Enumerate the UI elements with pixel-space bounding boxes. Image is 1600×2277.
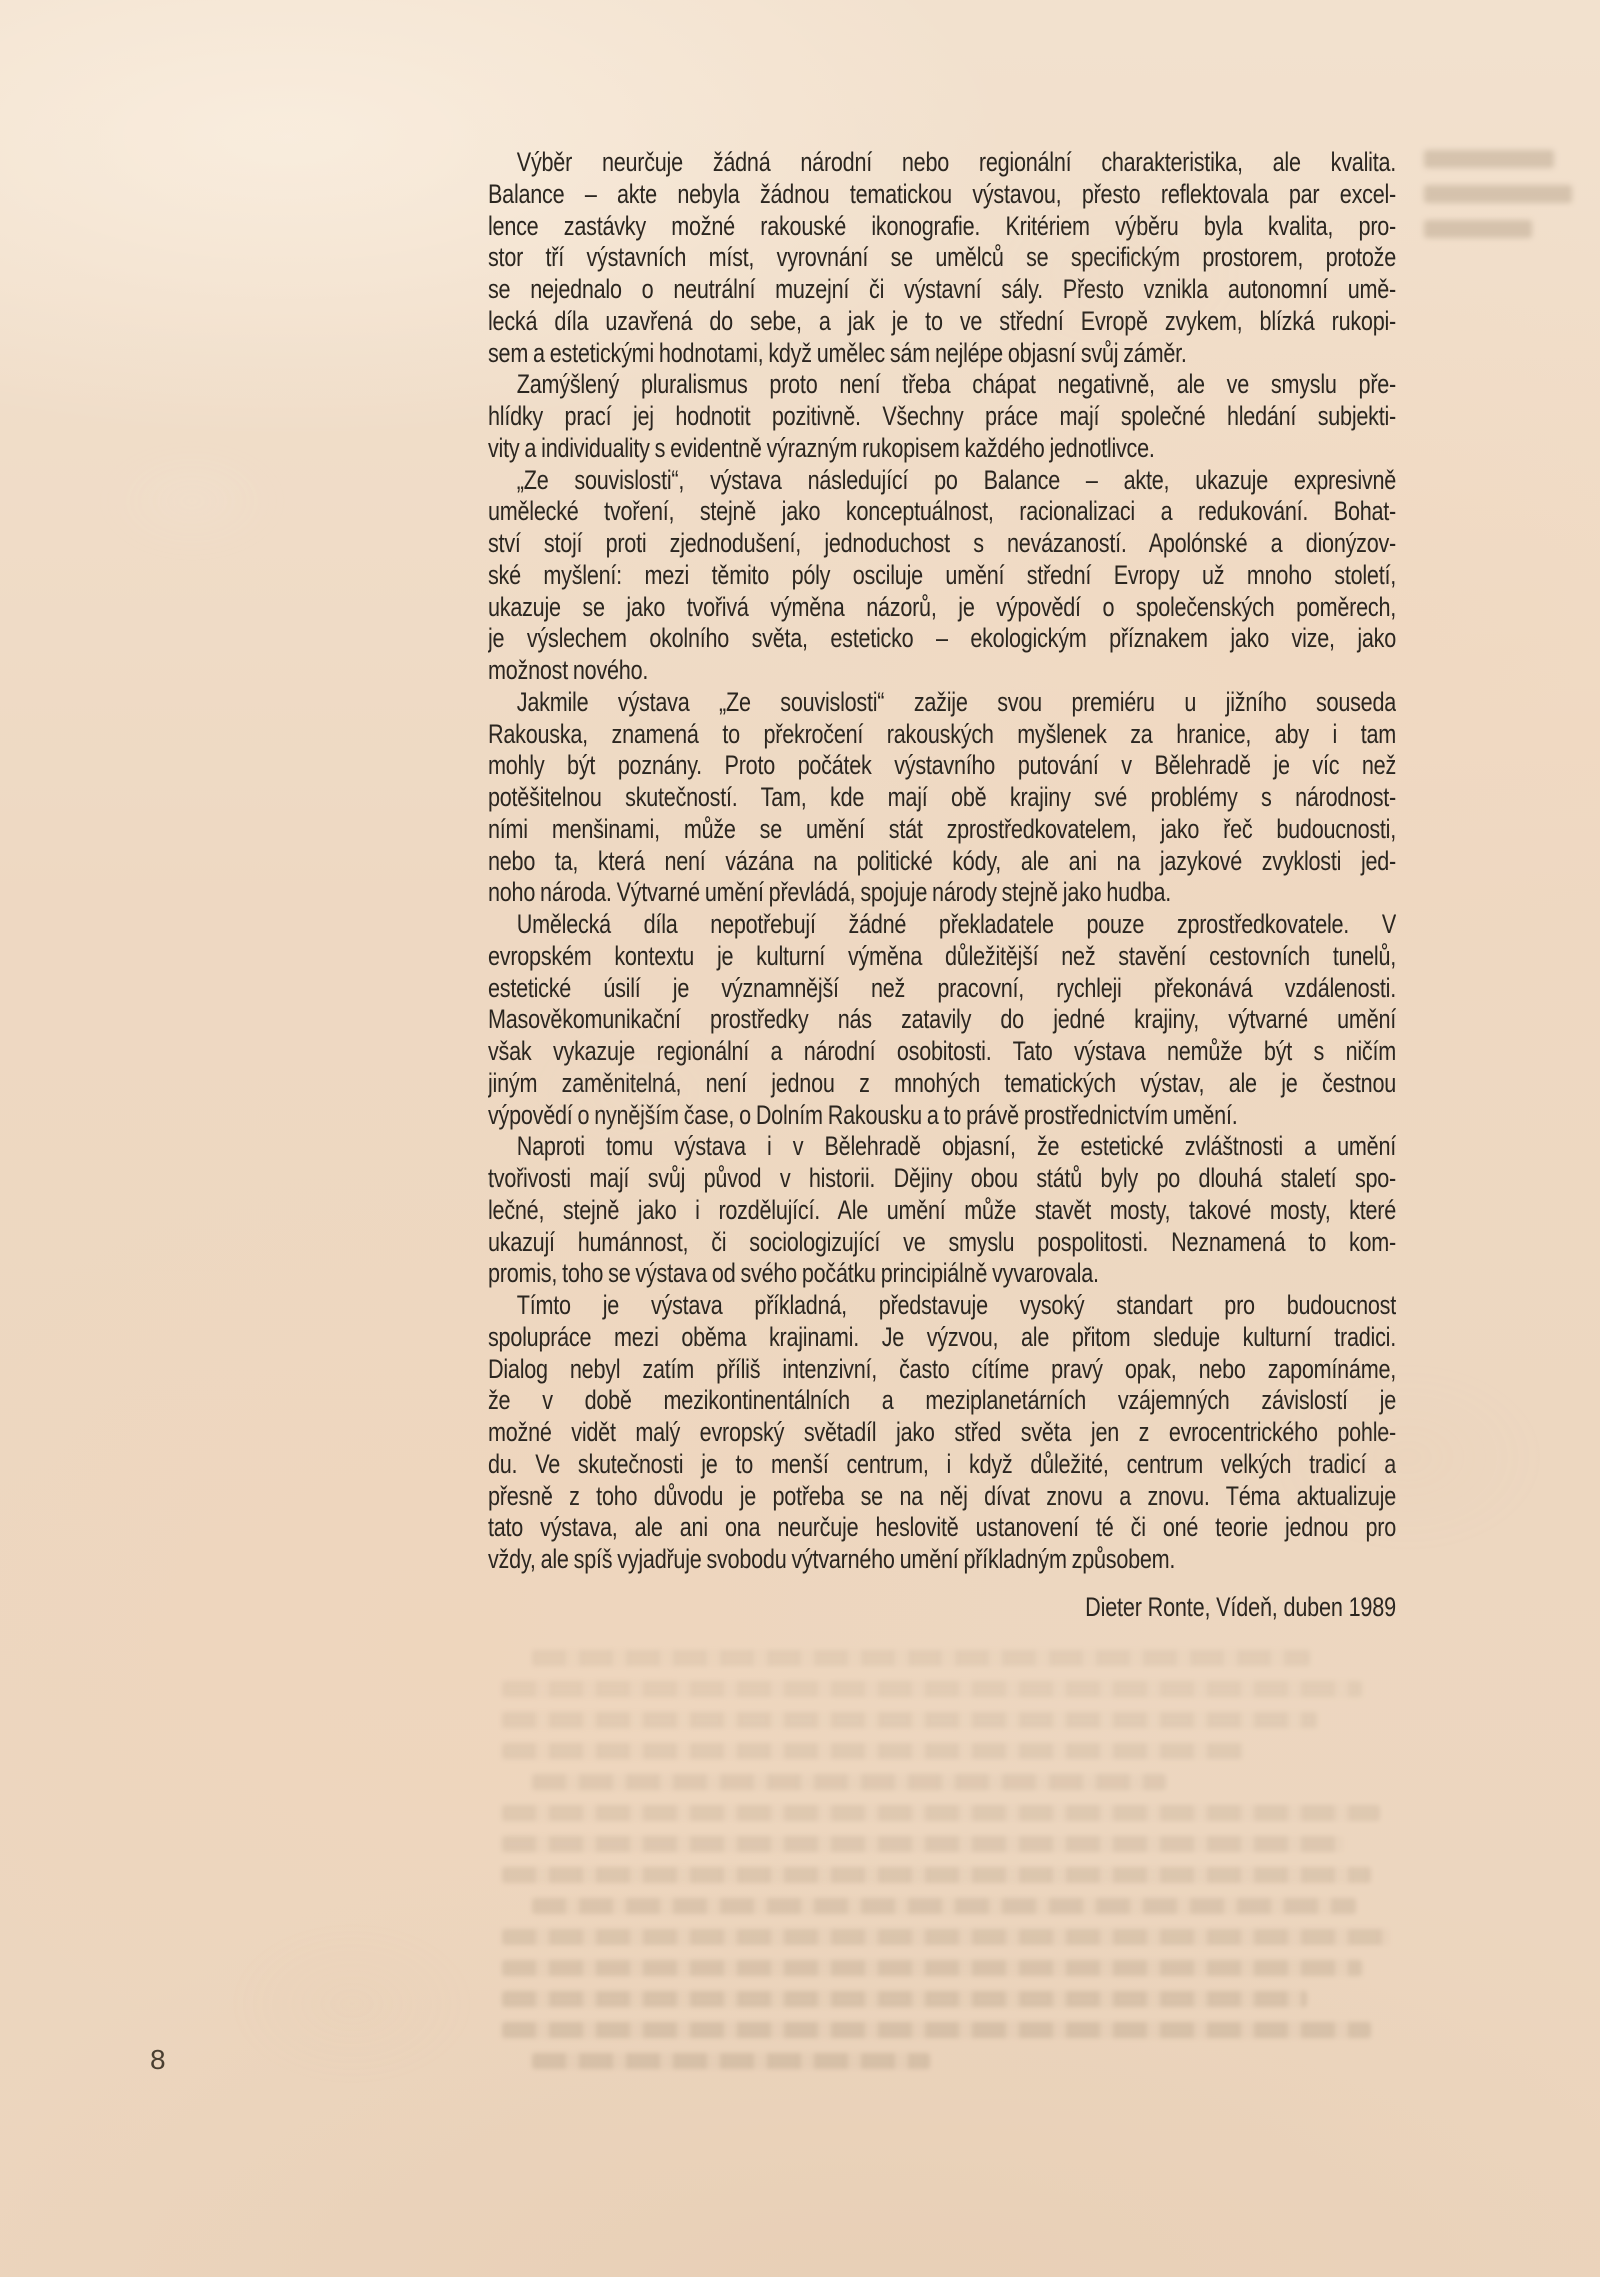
text-line: mohly být poznány. Proto počátek výstavn… [488,750,1396,782]
text-line: tato výstava, ale ani ona neurčuje heslo… [488,1512,1396,1544]
ghost-line [532,1650,1310,1666]
text-line: ské myšlení: mezi těmito póly osciluje u… [488,560,1396,592]
paragraph: „Ze souvislosti“, výstava následující po… [488,465,1396,687]
ghost-mark [1424,150,1554,168]
ghost-line [502,1991,1307,2007]
text-line: spolupráce mezi oběma krajinami. Je výzv… [488,1322,1396,1354]
text-line: vždy, ale spíš vyjadřuje svobodu výtvarn… [488,1544,1396,1576]
text-line: promis, toho se výstava od svého počátku… [488,1258,1396,1290]
text-line: „Ze souvislosti“, výstava následující po… [488,465,1396,497]
text-line: Masověkomunikační prostředky nás zatavil… [488,1004,1396,1036]
text-line: ními menšinami, může se umění stát zpros… [488,814,1396,846]
text-line: se nejednalo o neutrální muzejní či výst… [488,274,1396,306]
paragraph: Výběr neurčuje žádná národní nebo region… [488,147,1396,369]
ghost-line [502,1743,1244,1759]
text-line: ství stojí proti zjednodušení, jednoduch… [488,528,1396,560]
text-line: Výběr neurčuje žádná národní nebo region… [488,147,1396,179]
paragraph: Tímto je výstava příkladná, představuje … [488,1290,1396,1576]
text-line: přesně z toho důvodu je potřeba se na ně… [488,1481,1396,1513]
text-line: Jakmile výstava „Ze souvislosti“ zažije … [488,687,1396,719]
ghost-line [502,1681,1362,1697]
ghost-line [532,1898,1356,1914]
text-line: Zamýšlený pluralismus proto není třeba c… [488,369,1396,401]
text-line: lečné, stejně jako i rozdělující. Ale um… [488,1195,1396,1227]
text-line: výpovědí o nynějším čase, o Dolním Rakou… [488,1100,1396,1132]
text-line: evropském kontextu je kulturní výměna dů… [488,941,1396,973]
paragraph: Jakmile výstava „Ze souvislosti“ zažije … [488,687,1396,909]
ghost-line [532,2053,930,2069]
text-line: možné vidět malý evropský světadíl jako … [488,1417,1396,1449]
text-line: estetické úsilí je významnější než praco… [488,973,1396,1005]
show-through-margin-text [1424,150,1574,255]
ghost-line [502,1929,1389,1945]
text-line: Umělecká díla nepotřebují žádné překlada… [488,909,1396,941]
text-line: vity a individuality s evidentně výrazný… [488,433,1396,465]
text-line: potěšitelnou skutečností. Tam, kde mají … [488,782,1396,814]
article-text: Výběr neurčuje žádná národní nebo region… [488,147,1396,1576]
text-line: Tímto je výstava příkladná, představuje … [488,1290,1396,1322]
ghost-line [502,1805,1380,1821]
scanned-book-page: Výběr neurčuje žádná národní nebo region… [0,0,1600,2277]
text-line: Naproti tomu výstava i v Bělehradě objas… [488,1131,1396,1163]
ghost-line [502,1712,1317,1728]
text-line: du. Ve skutečnosti je to menší centrum, … [488,1449,1396,1481]
ghost-line [502,2022,1371,2038]
text-line: tvořivosti mají svůj původ v historii. D… [488,1163,1396,1195]
text-line: Balance – akte nebyla žádnou tematickou … [488,179,1396,211]
text-line: je výslechem okolního světa, esteticko –… [488,623,1396,655]
ghost-mark [1424,220,1532,238]
text-line: ukazují humánnost, či sociologizující ve… [488,1227,1396,1259]
text-line: jiným zaměnitelná, není jednou z mnohých… [488,1068,1396,1100]
text-line: Rakouska, znamená to překročení rakouský… [488,719,1396,751]
text-line: stor tří výstavních míst, vyrovnání se u… [488,242,1396,274]
ghost-line [502,1960,1362,1976]
text-line: lence zastávky možné rakouské ikonografi… [488,211,1396,243]
text-line: noho národa. Výtvarné umění převládá, sp… [488,877,1396,909]
text-line: možnost nového. [488,655,1396,687]
ghost-line [532,1774,1166,1790]
text-line: umělecké tvoření, stejně jako konceptuál… [488,496,1396,528]
text-line: sem a estetickými hodnotami, když umělec… [488,338,1396,370]
ghost-line [502,1836,1344,1852]
page-number: 8 [150,2044,166,2076]
ghost-mark [1424,185,1572,203]
text-line: že v době mezikontinentálních a meziplan… [488,1385,1396,1417]
show-through-text [502,1650,1407,2084]
text-line: však vykazuje regionální a národní osobi… [488,1036,1396,1068]
signature-line: Dieter Ronte, Vídeň, duben 1989 [488,1591,1396,1623]
paragraph: Zamýšlený pluralismus proto není třeba c… [488,369,1396,464]
text-line: lecká díla uzavřená do sebe, a jak je to… [488,306,1396,338]
text-line: nebo ta, která není vázána na politické … [488,846,1396,878]
text-line: hlídky prací jej hodnotit pozitivně. Vše… [488,401,1396,433]
paragraph: Naproti tomu výstava i v Bělehradě objas… [488,1131,1396,1290]
text-line: Dialog nebyl zatím příliš intenzivní, ča… [488,1354,1396,1386]
ghost-line [502,1867,1371,1883]
text-line: ukazuje se jako tvořivá výměna názorů, j… [488,592,1396,624]
paragraph: Umělecká díla nepotřebují žádné překlada… [488,909,1396,1131]
